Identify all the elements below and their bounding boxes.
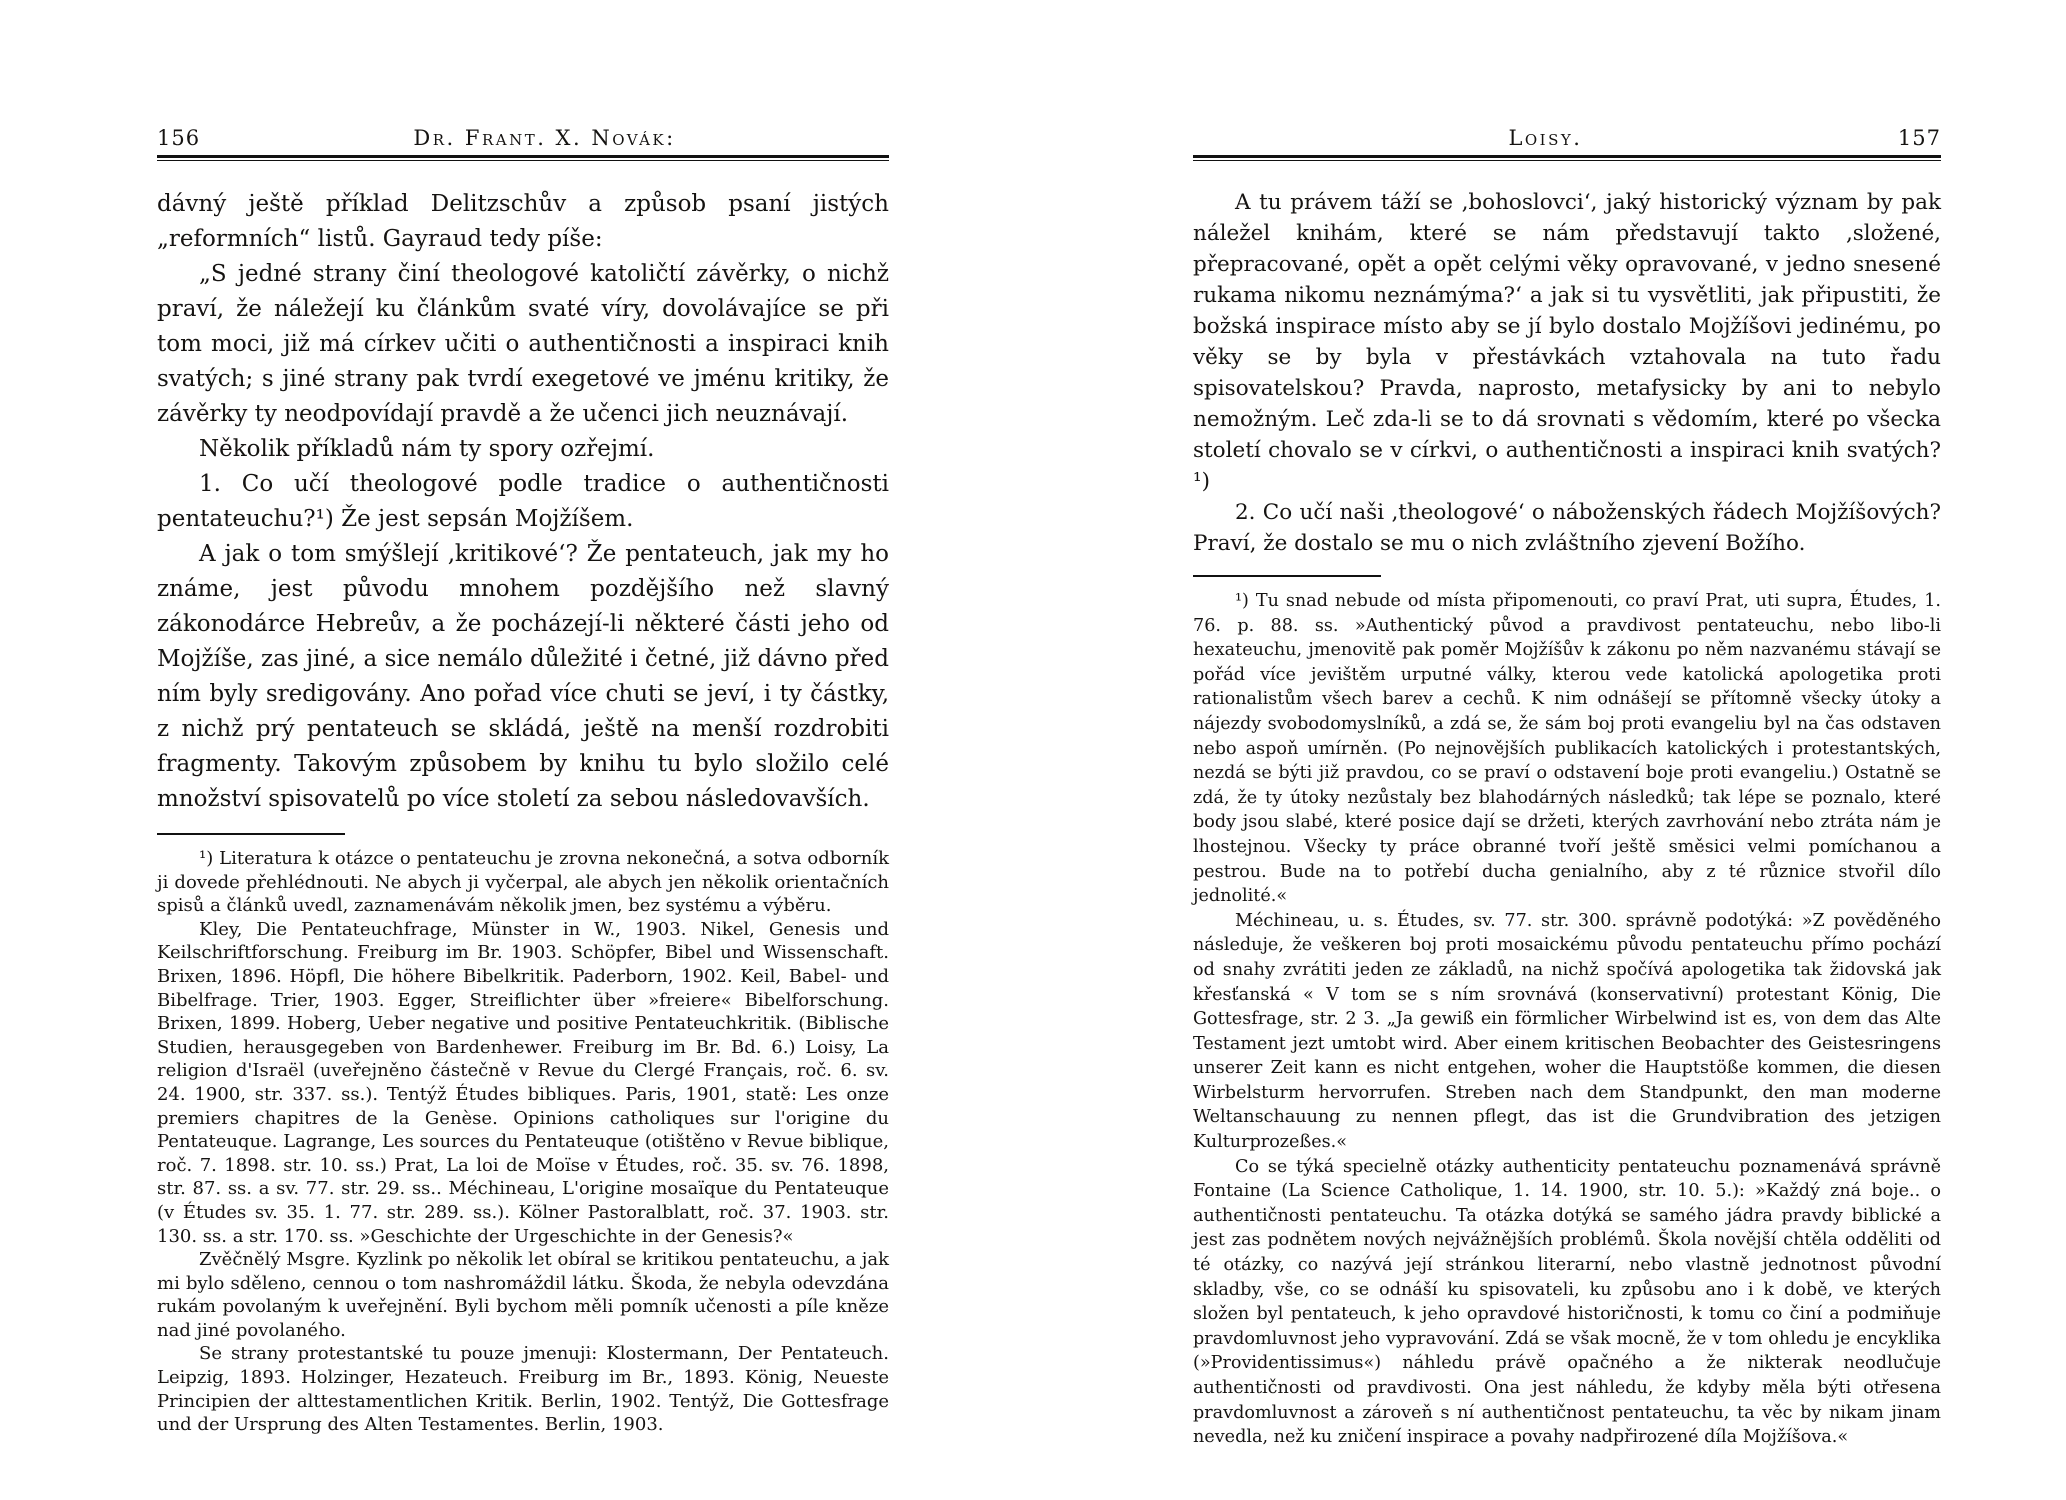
running-title-left: Dr. Frant. X. Novák: bbox=[200, 126, 889, 150]
footnote-paragraph: Zvěčnělý Msgre. Kyzlink po několik let o… bbox=[157, 1248, 889, 1342]
body-paragraph: A jak o tom smýšlejí ‚kritikové‘? Že pen… bbox=[157, 537, 889, 817]
header-rule-left bbox=[157, 155, 889, 161]
body-paragraph: Několik příkladů nám ty spory ozřejmí. bbox=[157, 432, 889, 467]
body-paragraph: 1. Co učí theologové podle tradice o aut… bbox=[157, 467, 889, 537]
page-left: 156 Dr. Frant. X. Novák: dávný ještě pří… bbox=[157, 126, 889, 1437]
running-title-right: Loisy. bbox=[1193, 126, 1898, 150]
footnote-separator-left bbox=[157, 833, 345, 835]
body-text-left: dávný ještě příklad Delitzschův a způsob… bbox=[157, 187, 889, 817]
footnote-paragraph: Co se týká specielně otázky authenticity… bbox=[1193, 1155, 1941, 1450]
body-text-right: A tu právem táží se ‚bohoslovci‘, jaký h… bbox=[1193, 187, 1941, 559]
body-paragraph: 2. Co učí naši ‚theologové‘ o náboženský… bbox=[1193, 497, 1941, 559]
footnotes-left: ¹) Literatura k otázce o pentateuchu je … bbox=[157, 847, 889, 1437]
page-right: Loisy. 157 A tu právem táží se ‚bohoslov… bbox=[1193, 126, 1941, 1450]
footnote-paragraph: ¹) Literatura k otázce o pentateuchu je … bbox=[157, 847, 889, 918]
footnote-separator-right bbox=[1193, 575, 1381, 577]
page-left-header: 156 Dr. Frant. X. Novák: bbox=[157, 126, 889, 152]
page-number-right: 157 bbox=[1898, 126, 1941, 150]
scanned-book-spread: 156 Dr. Frant. X. Novák: dávný ještě pří… bbox=[0, 0, 2066, 1500]
body-paragraph: „S jedné strany činí theologové katoličt… bbox=[157, 257, 889, 432]
footnote-paragraph: ¹) Tu snad nebude od místa připomenouti,… bbox=[1193, 589, 1941, 909]
page-number-left: 156 bbox=[157, 126, 200, 150]
footnotes-right: ¹) Tu snad nebude od místa připomenouti,… bbox=[1193, 589, 1941, 1450]
header-rule-right bbox=[1193, 155, 1941, 161]
footnote-paragraph: Se strany protestantské tu pouze jmenuji… bbox=[157, 1342, 889, 1436]
page-right-header: Loisy. 157 bbox=[1193, 126, 1941, 152]
body-paragraph: dávný ještě příklad Delitzschův a způsob… bbox=[157, 187, 889, 257]
footnote-paragraph: Méchineau, u. s. Études, sv. 77. str. 30… bbox=[1193, 909, 1941, 1155]
footnote-paragraph: Kley, Die Pentateuchfrage, Münster in W.… bbox=[157, 918, 889, 1248]
body-paragraph: A tu právem táží se ‚bohoslovci‘, jaký h… bbox=[1193, 187, 1941, 497]
